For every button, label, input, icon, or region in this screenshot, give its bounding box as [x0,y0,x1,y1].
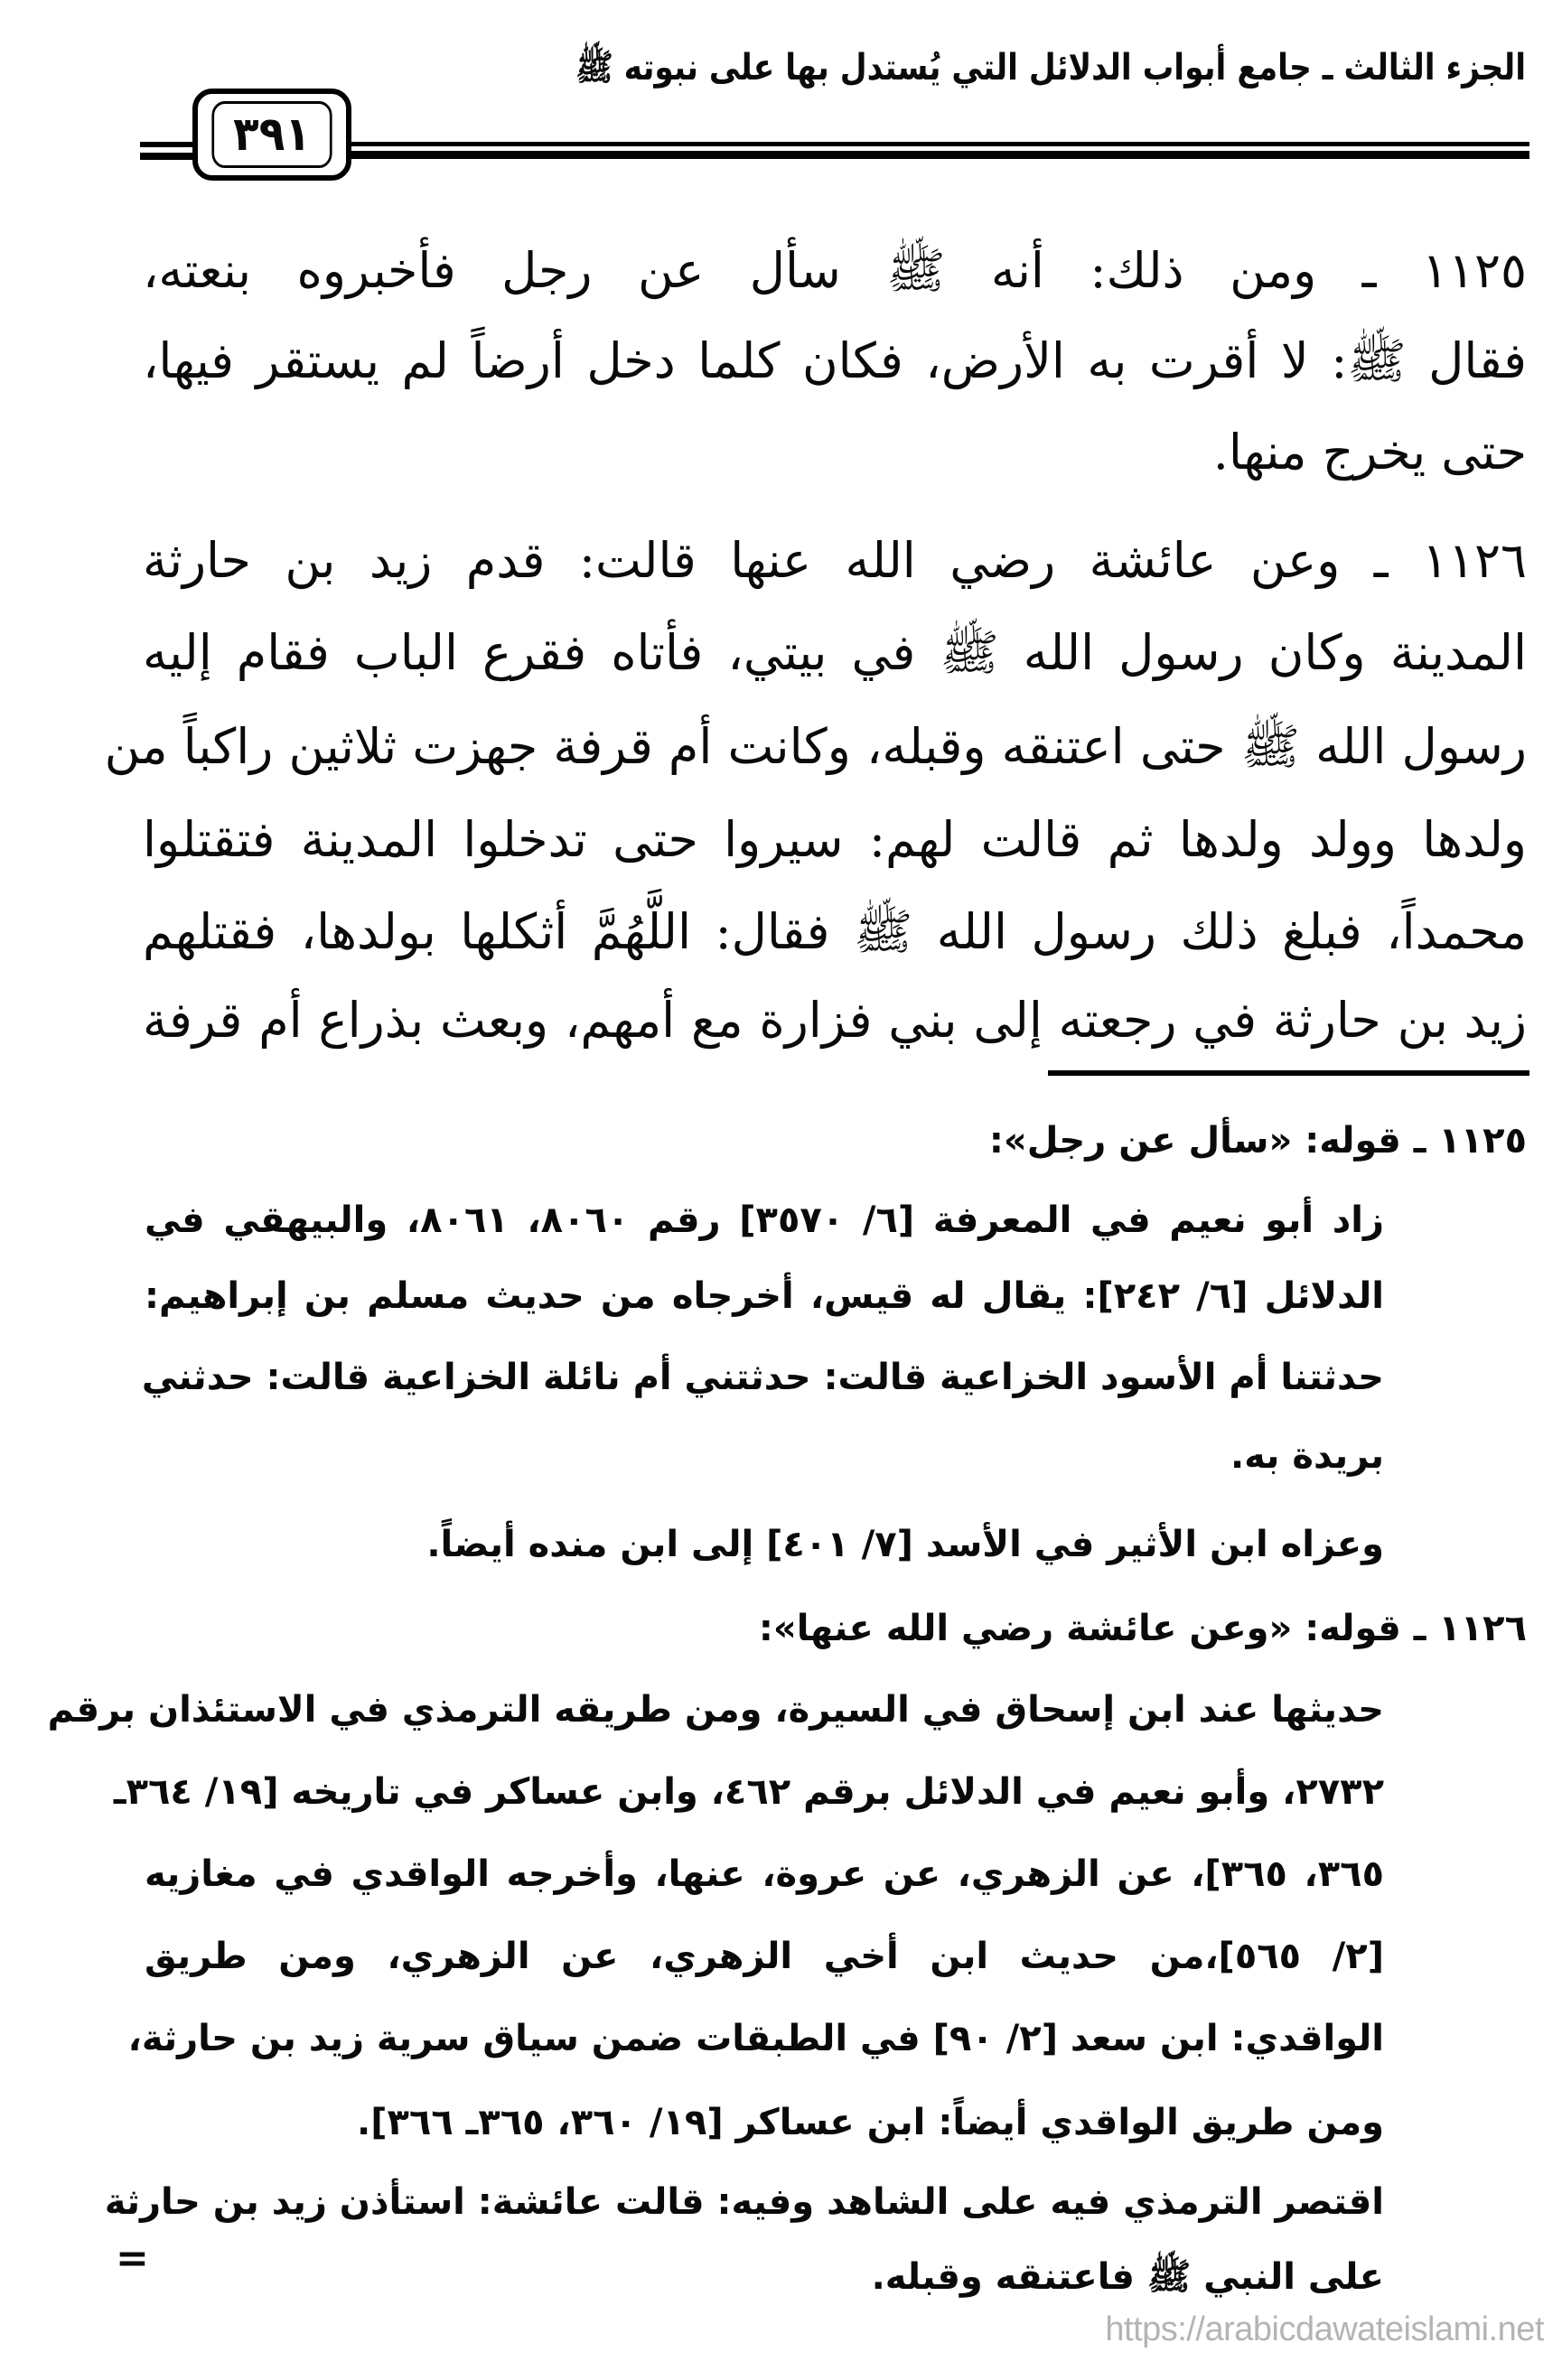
main-text-line: ١١٢٥ ـ ومن ذلك: أنه ﷺ سأل عن رجل فأخبروه… [143,230,1527,312]
book-page: الجزء الثالث ـ جامع أبواب الدلائل التي ي… [0,0,1562,2380]
footnote-line: ومن طريق الواقدي أيضاً: ابن عساكر [١٩/ ٣… [145,2094,1384,2151]
main-text-line: المدينة وكان رسول الله ﷺ في بيتي، فأتاه … [143,612,1527,694]
header-rule-right-thin [350,142,1529,146]
header-rule-left-thin [140,142,194,147]
footnote-line: الدلائل [٦/ ٢٤٢]: يقال له قيس، أخرجاه من… [145,1267,1384,1325]
page-number: ٣٩١ [211,101,332,168]
footnote-line: الواقدي: ابن سعد [٢/ ٩٠] في الطبقات ضمن … [145,2010,1384,2067]
footnote-line: اقتصر الترمذي فيه على الشاهد وفيه: قالت … [145,2173,1384,2231]
footnote-line: وعزاه ابن الأثير في الأسد [٧/ ٤٠١] إلى ا… [145,1516,1384,1573]
main-text-line: حتى يخرج منها. [143,412,1527,493]
header-rule-left-thick [140,153,194,160]
footnote-line: حدثتنا أم الأسود الخزاعية قالت: حدثتني أ… [145,1349,1384,1406]
footnote-line: زاد أبو نعيم في المعرفة [٦/ ٣٥٧٠] رقم ٨٠… [145,1191,1384,1249]
footnote-heading: ١١٢٦ ـ قوله: «وعن عائشة رضي الله عنها»: [145,1600,1527,1657]
continuation-mark: = [116,2236,149,2282]
main-text-line: رسول الله ﷺ حتى اعتنقه وقبله، وكانت أم ق… [143,706,1527,788]
footnote-separator [1048,1070,1529,1076]
main-text-line: زيد بن حارثة في رجعته إلى بني فزارة مع أ… [143,980,1527,1061]
footnote-line: [٢/ ٥٦٥]،من حديث ابن أخي الزهري، عن الزه… [145,1927,1384,1985]
footnote-line: حديثها عند ابن إسحاق في السيرة، ومن طريق… [145,1681,1384,1739]
footnote-line: على النبي ﷺ فاعتنقه وقبله. [145,2248,1384,2306]
main-text-line: ولدها وولد ولدها ثم قالت لهم: سيروا حتى … [143,799,1527,881]
watermark-url: https://arabicdawateislami.net [1105,2310,1544,2349]
main-text-line: ١١٢٦ ـ وعن عائشة رضي الله عنها قالت: قدم… [143,520,1527,602]
footnote-line: ٢٧٣٢، وأبو نعيم في الدلائل برقم ٤٦٢، واب… [145,1763,1384,1821]
header-rule-right-thick [350,151,1529,159]
main-text-line: فقال ﷺ: لا أقرت به الأرض، فكان كلما دخل … [143,321,1527,402]
running-header-title: الجزء الثالث ـ جامع أبواب الدلائل التي ي… [687,36,1526,99]
footnote-line: بريدة به. [145,1427,1384,1485]
footnote-line: ٣٦٥، ٣٦٥]، عن الزهري، عن عروة، عنها، وأخ… [145,1845,1384,1903]
page-number-frame: ٣٩١ [192,89,351,181]
footnote-heading: ١١٢٥ ـ قوله: «سأل عن رجل»: [145,1112,1527,1170]
main-text-line: محمداً، فبلغ ذلك رسول الله ﷺ فقال: اللَّ… [143,891,1527,973]
